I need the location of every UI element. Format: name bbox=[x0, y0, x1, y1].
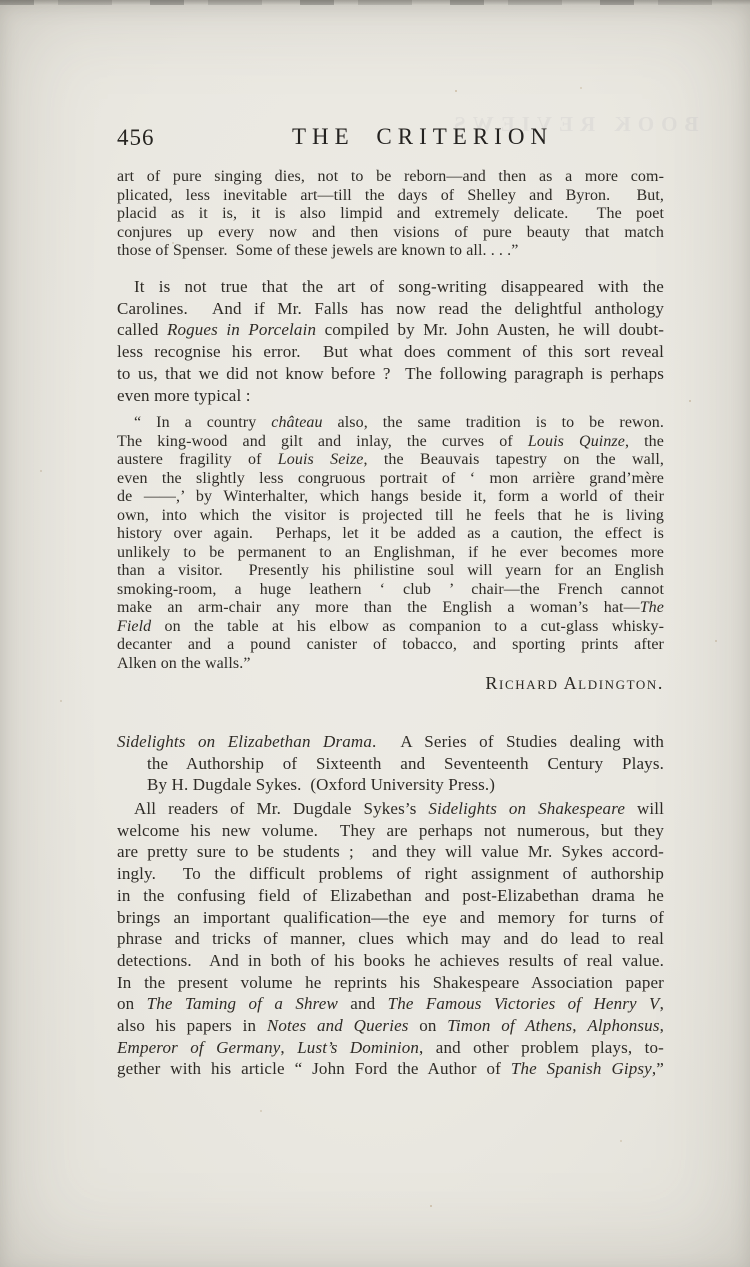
text-line: plicated, less inevitable art—till the d… bbox=[117, 187, 664, 206]
text-line: In the present volume he reprints his Sh… bbox=[117, 972, 664, 994]
text-line: By H. Dugdale Sykes. (Oxford University … bbox=[117, 774, 664, 796]
paragraph-editorial-comment: It is not true that the art of song-writ… bbox=[117, 276, 664, 406]
text-line: those of Spenser. Some of these jewels a… bbox=[117, 242, 664, 261]
text-line: than a visitor. Presently his philistine… bbox=[117, 562, 664, 581]
text-line: less recognise his error. But what does … bbox=[117, 341, 664, 363]
reviewer-signature: Richard Aldington. bbox=[117, 673, 664, 694]
text-line: even the slightly less congruous portrai… bbox=[117, 470, 664, 489]
text-line: in the confusing field of Elizabethan an… bbox=[117, 885, 664, 907]
text-line: “ In a country château also, the same tr… bbox=[117, 414, 664, 433]
text-line: to us, that we did not know before ? The… bbox=[117, 363, 664, 385]
paragraph-review-body: All readers of Mr. Dugdale Sykes’s Sidel… bbox=[117, 798, 664, 1080]
text-line: welcome his new volume. They are perhaps… bbox=[117, 820, 664, 842]
text-line: decanter and a pound canister of tobacco… bbox=[117, 636, 664, 655]
text-line: make an arm-chair any more than the Engl… bbox=[117, 599, 664, 618]
text-line: art of pure singing dies, not to be rebo… bbox=[117, 168, 664, 187]
text-line: detections. And in both of his books he … bbox=[117, 950, 664, 972]
text-line: ingly. To the difficult problems of righ… bbox=[117, 863, 664, 885]
scanned-book-page: BOOK REVIEWS 456 THE CRITERION art of pu… bbox=[0, 0, 750, 1267]
text-line: brings an important qualification—the ey… bbox=[117, 907, 664, 929]
journal-running-head: THE CRITERION bbox=[117, 124, 664, 150]
text-line: Sidelights on Elizabethan Drama. A Serie… bbox=[117, 731, 664, 753]
text-line: conjures up every now and then visions o… bbox=[117, 224, 664, 243]
text-line: called Rogues in Porcelain compiled by M… bbox=[117, 319, 664, 341]
text-line: gether with his article “ John Ford the … bbox=[117, 1058, 664, 1080]
paper-specks bbox=[0, 0, 2, 2]
text-line: de ——,’ by Winterhalter, which hangs bes… bbox=[117, 488, 664, 507]
text-line: own, into which the visitor is projected… bbox=[117, 507, 664, 526]
text-line: phrase and tricks of manner, clues which… bbox=[117, 928, 664, 950]
text-line: smoking-room, a huge leathern ‘ club ’ c… bbox=[117, 581, 664, 600]
text-line: history over again. Perhaps, let it be a… bbox=[117, 525, 664, 544]
text-line: also his papers in Notes and Queries on … bbox=[117, 1015, 664, 1037]
paragraph-block-quotation: “ In a country château also, the same tr… bbox=[117, 414, 664, 673]
text-line: The king-wood and gilt and inlay, the cu… bbox=[117, 433, 664, 452]
text-line: Field on the table at his elbow as compa… bbox=[117, 618, 664, 637]
text-line: All readers of Mr. Dugdale Sykes’s Sidel… bbox=[117, 798, 664, 820]
text-line: austere fragility of Louis Seize, the Be… bbox=[117, 451, 664, 470]
text-line: unlikely to be permanent to an Englishma… bbox=[117, 544, 664, 563]
text-line: are pretty sure to be students ; and the… bbox=[117, 841, 664, 863]
text-line: It is not true that the art of song-writ… bbox=[117, 276, 664, 298]
text-line: the Authorship of Sixteenth and Seventee… bbox=[117, 753, 664, 775]
text-line: Carolines. And if Mr. Falls has now read… bbox=[117, 298, 664, 320]
text-line: on The Taming of a Shrew and The Famous … bbox=[117, 993, 664, 1015]
text-line: even more typical : bbox=[117, 385, 664, 407]
text-line: Emperor of Germany, Lust’s Dominion, and… bbox=[117, 1037, 664, 1059]
text-line: placid as it is, it is also limpid and e… bbox=[117, 205, 664, 224]
text-line: Alken on the walls.” bbox=[117, 655, 664, 674]
review-heading-bibliographic-entry: Sidelights on Elizabethan Drama. A Serie… bbox=[117, 731, 664, 796]
paragraph-quote-continuation: art of pure singing dies, not to be rebo… bbox=[117, 168, 664, 261]
scan-top-edge-artifact bbox=[0, 0, 750, 5]
